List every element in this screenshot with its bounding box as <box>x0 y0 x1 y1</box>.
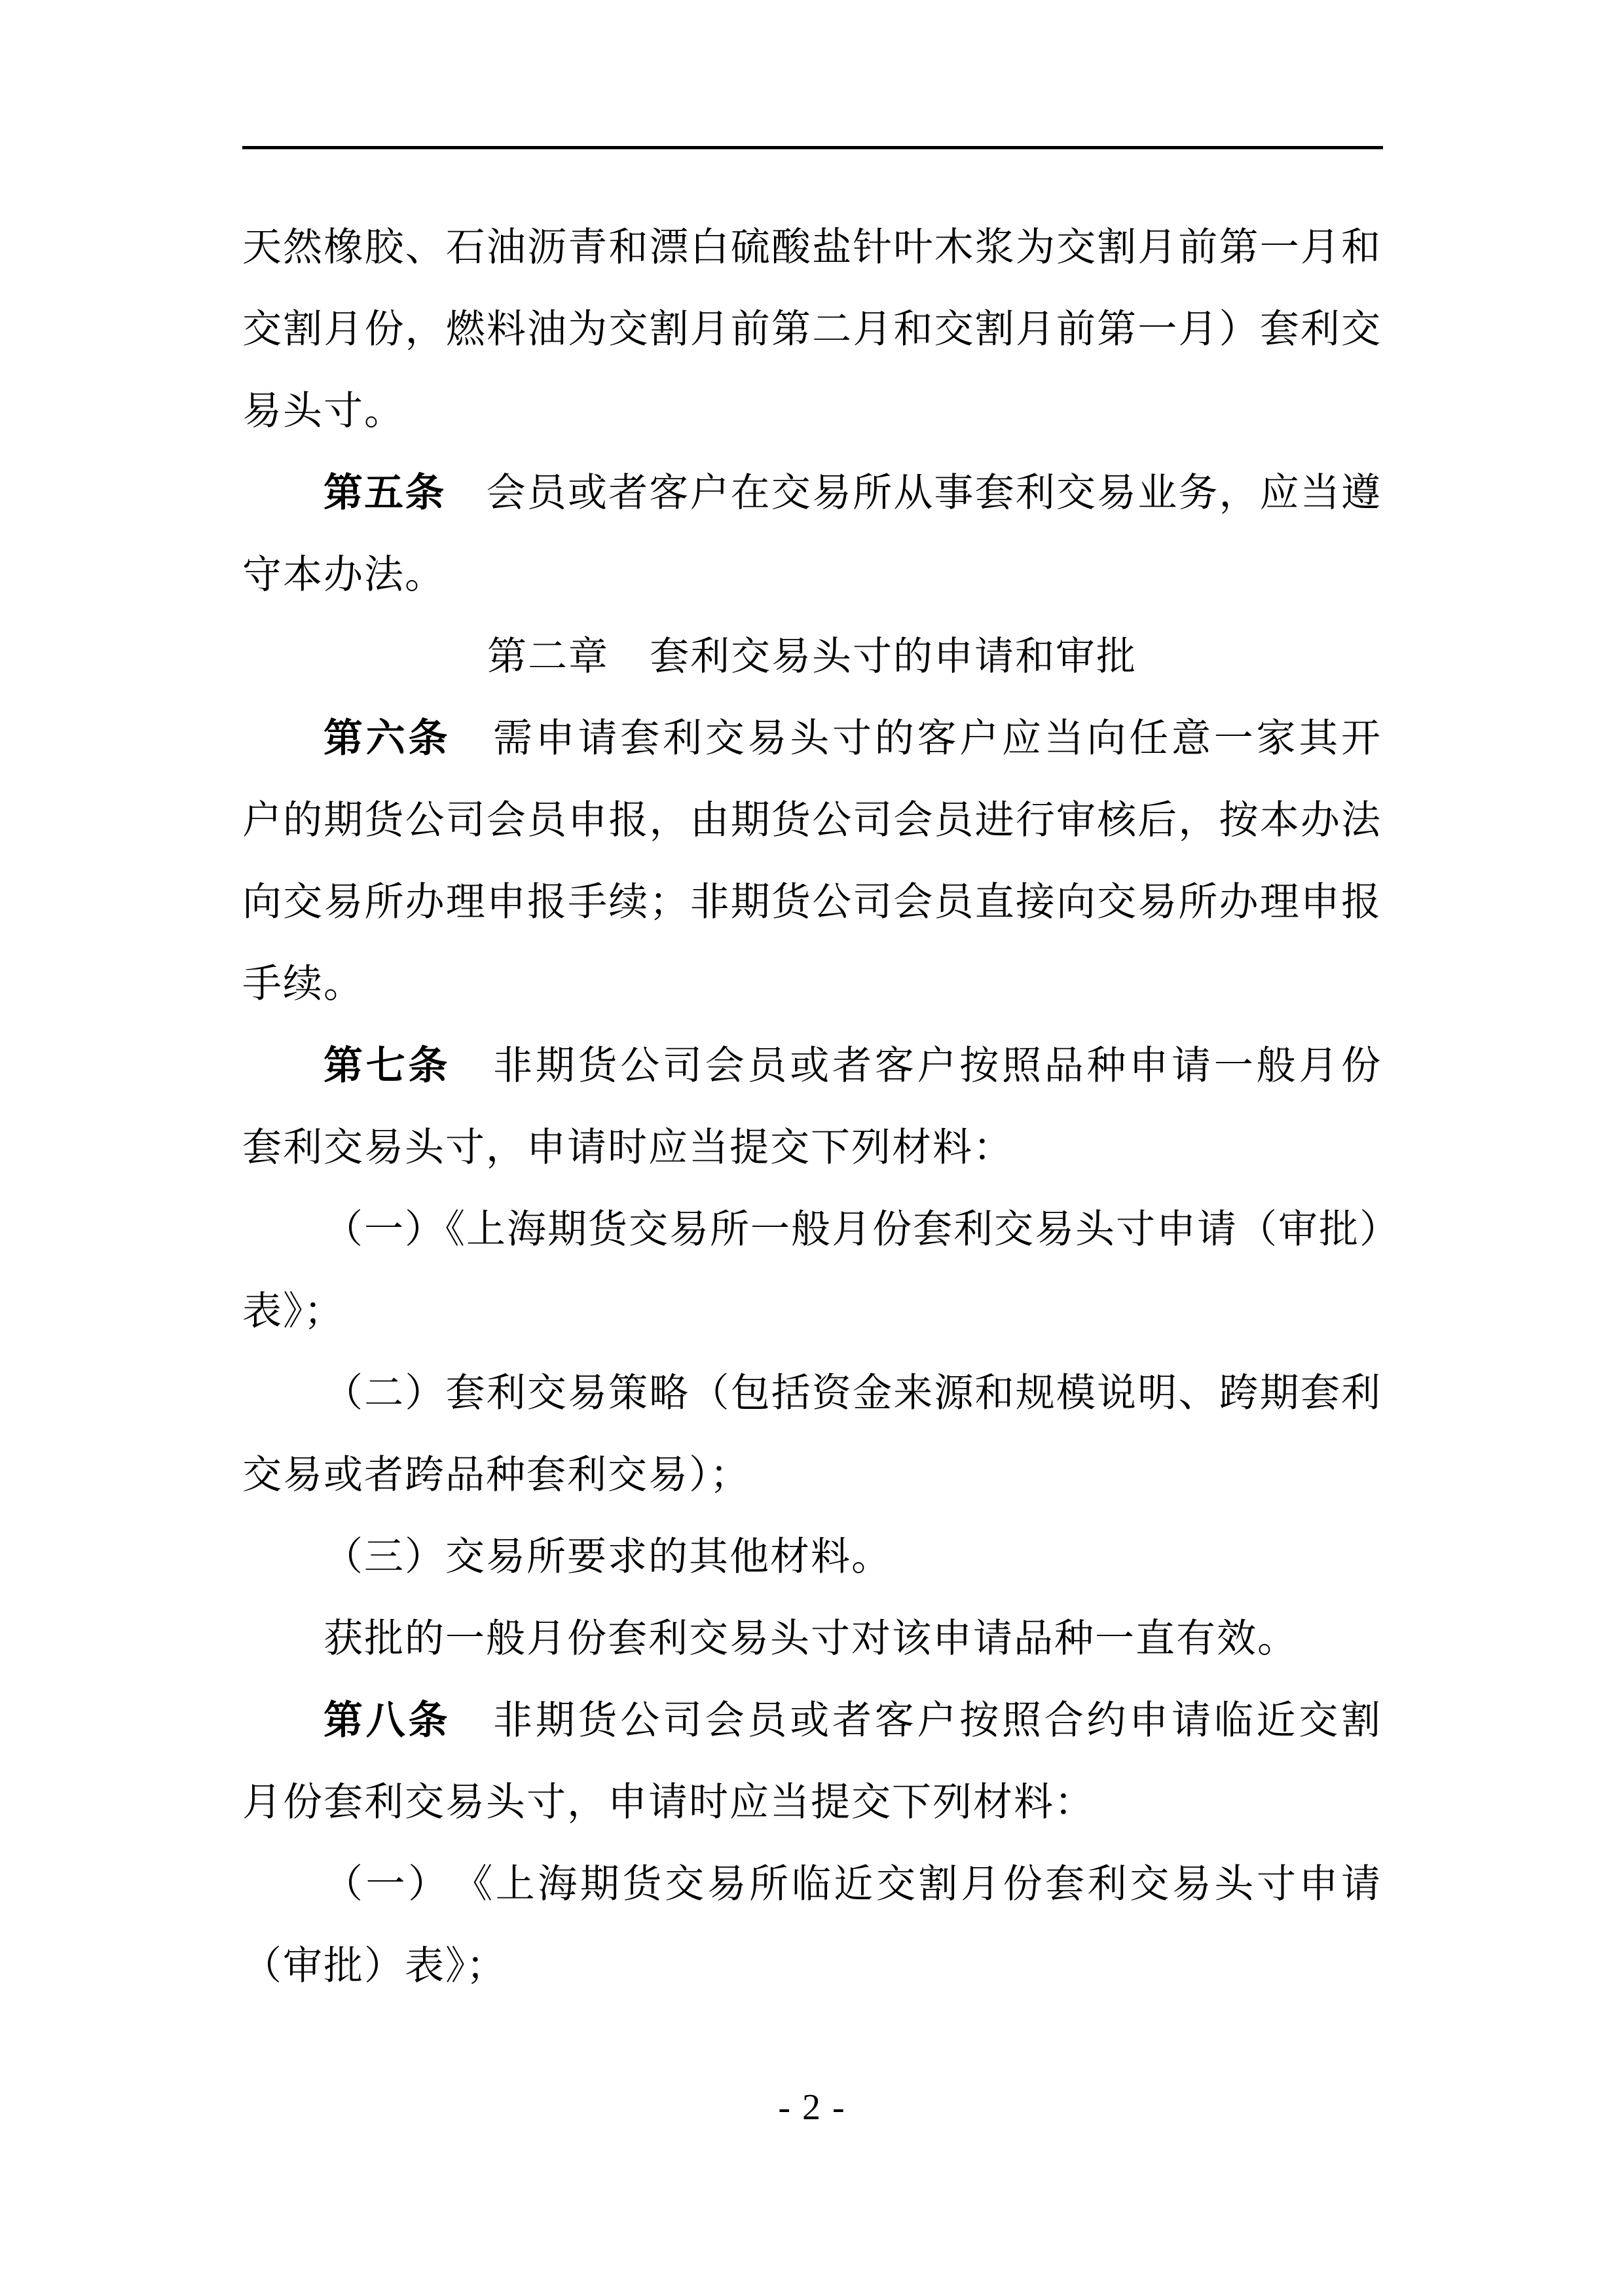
text-line: 户的期货公司会员申报，由期货公司会员进行审核后，按本办法 <box>242 780 1382 862</box>
text-line: 易头寸。 <box>242 371 1382 452</box>
article-number: 第六条 <box>323 717 451 760</box>
page-number: - 2 - <box>0 2087 1624 2128</box>
line-text: 会员或者客户在交易所从事套利交易业务，应当遵 <box>445 471 1382 515</box>
line-text: 天然橡胶、石油沥青和漂白硫酸盐针叶木浆为交割月前第一月和 <box>242 226 1382 269</box>
document-body: 天然橡胶、石油沥青和漂白硫酸盐针叶木浆为交割月前第一月和 交割月份，燃料油为交割… <box>242 207 1382 2007</box>
article-number: 第七条 <box>323 1044 451 1087</box>
line-text: 非期货公司会员或者客户按照品种申请一般月份 <box>451 1044 1382 1087</box>
text-line: 第六条 需申请套利交易头寸的客户应当向任意一家其开 <box>242 698 1382 780</box>
text-line: （二）套利交易策略（包括资金来源和规模说明、跨期套利 <box>242 1353 1382 1434</box>
chapter-heading: 第二章 套利交易头寸的申请和审批 <box>242 616 1382 698</box>
text-line: （一） 《上海期货交易所临近交割月份套利交易头寸申请 <box>242 1844 1382 1925</box>
line-text: 获批的一般月份套利交易头寸对该申请品种一直有效。 <box>323 1617 1298 1660</box>
text-line: 表》； <box>242 1271 1382 1353</box>
header-rule <box>242 146 1383 149</box>
text-line: 月份套利交易头寸，申请时应当提交下列材料： <box>242 1762 1382 1844</box>
line-text: 交易或者跨品种套利交易）； <box>242 1453 750 1497</box>
text-line: 守本办法。 <box>242 534 1382 616</box>
text-line: 交易或者跨品种套利交易）； <box>242 1434 1382 1516</box>
document-page: 天然橡胶、石油沥青和漂白硫酸盐针叶木浆为交割月前第一月和 交割月份，燃料油为交割… <box>0 0 1624 2296</box>
line-text: 需申请套利交易头寸的客户应当向任意一家其开 <box>451 717 1382 760</box>
text-line: 第五条 会员或者客户在交易所从事套利交易业务，应当遵 <box>242 452 1382 534</box>
line-text: 交割月份，燃料油为交割月前第二月和交割月前第一月）套利交 <box>242 308 1382 351</box>
article-number: 第八条 <box>323 1699 451 1742</box>
text-line: 套利交易头寸，申请时应当提交下列材料： <box>242 1107 1382 1189</box>
line-text: 第二章 套利交易头寸的申请和审批 <box>487 635 1137 678</box>
text-line: 第七条 非期货公司会员或者客户按照品种申请一般月份 <box>242 1025 1382 1107</box>
line-text: 表》； <box>242 1290 344 1333</box>
text-line: （一）《上海期货交易所一般月份套利交易头寸申请（审批） <box>242 1189 1382 1271</box>
line-text: 向交易所办理申报手续；非期货公司会员直接向交易所办理申报 <box>242 881 1382 924</box>
line-text: （一）《上海期货交易所一般月份套利交易头寸申请（审批） <box>323 1208 1400 1251</box>
line-text: （一） 《上海期货交易所临近交割月份套利交易头寸申请 <box>323 1863 1382 1906</box>
text-line: 向交易所办理申报手续；非期货公司会员直接向交易所办理申报 <box>242 862 1382 943</box>
line-text: 守本办法。 <box>242 553 445 596</box>
text-line: （审批）表》； <box>242 1925 1382 2007</box>
text-line: 第八条 非期货公司会员或者客户按照合约申请临近交割 <box>242 1680 1382 1762</box>
line-text: （二）套利交易策略（包括资金来源和规模说明、跨期套利 <box>323 1372 1382 1415</box>
line-text: （三）交易所要求的其他材料。 <box>323 1535 892 1578</box>
text-line: 交割月份，燃料油为交割月前第二月和交割月前第一月）套利交 <box>242 289 1382 371</box>
line-text: 易头寸。 <box>242 390 405 433</box>
line-text: 非期货公司会员或者客户按照合约申请临近交割 <box>451 1699 1382 1742</box>
text-line: （三）交易所要求的其他材料。 <box>242 1516 1382 1598</box>
line-text: 手续。 <box>242 962 364 1006</box>
line-text: （审批）表》； <box>242 1944 507 1988</box>
text-line: 获批的一般月份套利交易头寸对该申请品种一直有效。 <box>242 1598 1382 1680</box>
text-line: 手续。 <box>242 943 1382 1025</box>
line-text: 套利交易头寸，申请时应当提交下列材料： <box>242 1126 1014 1169</box>
text-line: 天然橡胶、石油沥青和漂白硫酸盐针叶木浆为交割月前第一月和 <box>242 207 1382 289</box>
line-text: 户的期货公司会员申报，由期货公司会员进行审核后，按本办法 <box>242 799 1382 842</box>
line-text: 月份套利交易头寸，申请时应当提交下列材料： <box>242 1781 1095 1824</box>
article-number: 第五条 <box>323 471 445 515</box>
